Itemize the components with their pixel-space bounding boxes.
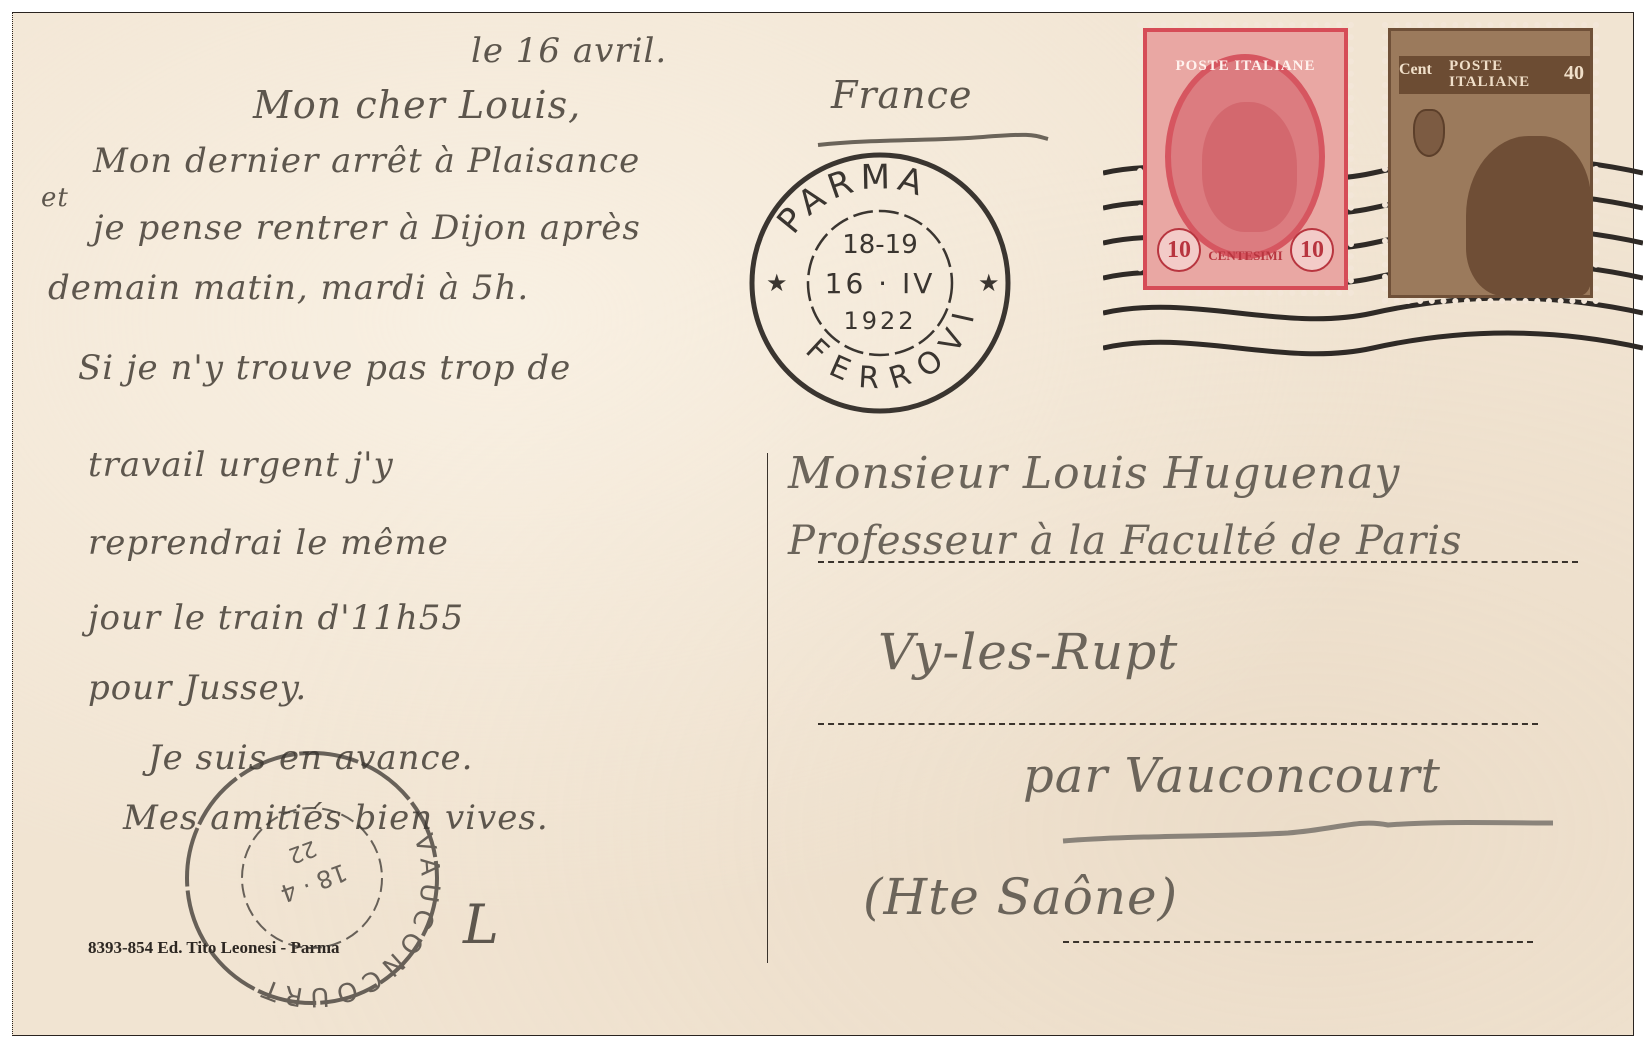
svg-text:22: 22: [285, 835, 320, 868]
destination-country: France: [831, 73, 972, 117]
stamp-40-centesimi: Cent POSTE ITALIANE 40: [1388, 28, 1593, 298]
postmark-arrival: VAUCONCOURT 18 · 4 22: [175, 741, 450, 1016]
king-portrait-icon: [1466, 136, 1591, 296]
stamp-denomination: CENTESIMI: [1147, 248, 1344, 264]
stamp-country: POSTE ITALIANE: [1449, 58, 1549, 90]
king-portrait-icon: [1202, 102, 1297, 232]
address-divider: [767, 453, 768, 963]
via-underline: [1058, 813, 1558, 853]
message-line: pour Jussey.: [88, 668, 307, 708]
message-line: reprendrai le même: [88, 523, 449, 563]
stamp-prefix: Cent: [1399, 61, 1432, 79]
address-via: par Vauconcourt: [1023, 748, 1441, 804]
message-salutation: Mon cher Louis,: [253, 83, 581, 127]
message-line: demain matin, mardi à 5h.: [48, 268, 529, 308]
message-line: jour le train d'11h55: [88, 598, 464, 638]
savoy-crest-icon: [1413, 109, 1445, 157]
address-rule: [1063, 941, 1533, 943]
svg-text:16 · IV: 16 · IV: [825, 267, 936, 300]
address-title: Professeur à la Faculté de Paris: [788, 518, 1463, 564]
svg-text:PARMA: PARMA: [769, 157, 933, 241]
address-department: (Hte Saône): [863, 868, 1178, 926]
stamp-value: 40: [1564, 62, 1584, 85]
signature: L: [463, 893, 500, 956]
message-line: travail urgent j'y: [88, 445, 394, 485]
message-line: Si je n'y trouve pas trop de: [78, 348, 571, 388]
message-date: le 16 avril.: [471, 31, 667, 71]
svg-text:★: ★: [766, 269, 788, 297]
svg-text:18-19: 18-19: [842, 230, 918, 260]
address-name: Monsieur Louis Huguenay: [788, 448, 1400, 499]
message-line: je pense rentrer à Dijon après: [93, 208, 641, 248]
address-town: Vy-les-Rupt: [878, 623, 1178, 681]
message-line: Mon dernier arrêt à Plaisance: [93, 141, 640, 181]
svg-text:18 · 4: 18 · 4: [277, 858, 351, 908]
stamp-10-centesimi: POSTE ITALIANE 10 10 CENTESIMI: [1143, 28, 1348, 290]
margin-note: et: [41, 183, 69, 213]
svg-text:★: ★: [978, 269, 1000, 297]
svg-text:1922: 1922: [843, 307, 916, 335]
postcard: le 16 avril. Mon cher Louis, et Mon dern…: [12, 12, 1634, 1036]
address-rule: [818, 723, 1538, 725]
stamp-country: POSTE ITALIANE: [1147, 58, 1344, 75]
postmark-parma: PARMA FERROVIA ★ ★ 18-19 16 · IV 1922: [738, 141, 1023, 426]
